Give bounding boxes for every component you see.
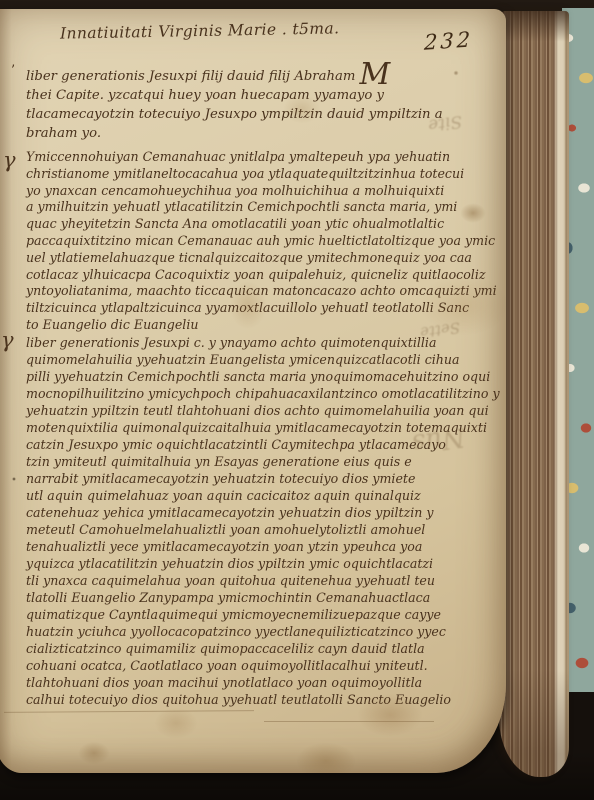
manuscript-text-line: narrabit ymitlacamecayotzin yehuatzin to… (26, 470, 496, 487)
paragraph-mark-icon: γ (3, 148, 23, 172)
faint-ruled-line (4, 710, 254, 713)
manuscript-text-line: cotlacaz ylhuicacpa Cacoquixtiz yoan qui… (26, 267, 496, 284)
manuscript-text-line: yehuatzin ypiltzin teutl tlahtohuani dio… (26, 402, 496, 419)
paragraph-incipit: liber generationis Jesuxpi filij dauid f… (26, 67, 496, 143)
manuscript-text-line: tenahualiztli yece ymitlacamecayotzin yo… (26, 538, 496, 555)
manuscript-text-line: tli ynaxca caquimelahua yoan quitohua qu… (26, 572, 496, 589)
manuscript-text-line: cializticatzinco quimamiliz quimopaccace… (26, 640, 496, 657)
manuscript-text-line: uel ytlatiemelahuazque ticnalquizcaitozq… (26, 250, 496, 267)
manuscript-text-line: christianome ymitlaneltocacahua yoa ytla… (26, 166, 496, 183)
manuscript-page: Innatiuitati Virginis Marie . t5ma. 232 … (0, 9, 506, 773)
manuscript-text-line: calhui totecuiyo dios quitohua yyehuatl … (26, 691, 496, 708)
paragraph-mark-icon: γ (1, 328, 21, 352)
manuscript-text-line: yquizca ytlacatilitzin yehuatzin dios yp… (26, 555, 496, 572)
paragraph-lines: liber generationis Jesuxpi c. y ynayamo … (26, 334, 496, 708)
manuscript-text-line: cohuani ocatca, Caotlatlaco yoan oquimoy… (26, 657, 496, 674)
manuscript-text-line: yo ynaxcan cencamohueychihua yoa molhuic… (26, 183, 496, 200)
manuscript-text-line: mocnopilhuilitzino ymicychpoch chipahuac… (26, 385, 496, 402)
paragraph-gospel-commentary: liber generationis Jesuxpi c. y ynayamo … (26, 334, 496, 708)
manuscript-text-line: quimomelahuilia yyehuatzin Euangelista y… (26, 351, 496, 368)
paragraph-lines: thei Capite. yzcatqui huey yoan huecapam… (26, 86, 496, 143)
manuscript-text-line: pilli yyehuatzin Cemichpochtli sancta ma… (26, 368, 496, 385)
manuscript-text-line: paccaquixtitzino mican Cemanauac auh ymi… (26, 233, 496, 250)
book-photograph: Innatiuitati Virginis Marie . t5ma. 232 … (0, 0, 594, 800)
manuscript-text-line: quimatizque Cayntlaquimequi ymicmoyecnem… (26, 606, 496, 623)
paragraph-lines: Ymiccennohuiyan Cemanahuac ynitlalpa yma… (26, 149, 496, 334)
manuscript-text-line: utl aquin quimelahuaz yoan aquin cacicai… (26, 487, 496, 504)
manuscript-text-line: a ymilhuitzin yehuatl ytlacatilitzin Cem… (26, 199, 496, 216)
margin-tick-mark: ’ (11, 63, 15, 78)
manuscript-text-line: quac yheyitetzin Sancta Ana omotlacatili… (26, 216, 496, 233)
faint-ruled-line (264, 721, 434, 722)
manuscript-text-line: braham yo. (26, 124, 496, 143)
book-fore-edge-pages (499, 11, 569, 777)
manuscript-text-line: liber generationis Jesuxpi filij dauid f… (26, 67, 496, 86)
manuscript-text-line: catenehuaz yehica ymitlacamecayotzin yeh… (26, 504, 496, 521)
paragraph-nahuatl-exhortation: Ymiccennohuiyan Cemanahuac ynitlalpa yma… (26, 149, 496, 334)
manuscript-text-line: tiltzicuinca ytlapaltzicuinca yyamoxtlac… (26, 300, 496, 317)
manuscript-text-line: huatzin yciuhca yyollocacopatzinco yyect… (26, 623, 496, 640)
manuscript-text-line: tlacamecayotzin totecuiyo Jesuxpo ympilt… (26, 105, 496, 124)
incipit-text: liber generationis Jesuxpi filij dauid f… (26, 69, 360, 84)
manuscript-text-line: tlahtohuani dios yoan macihui ynotlatlac… (26, 674, 496, 691)
manuscript-text-line: yntoyoliatanima, maachto ticcaquican mat… (26, 283, 496, 300)
manuscript-text-line: meteutl Camohuelmelahualiztli yoan amohu… (26, 521, 496, 538)
folio-number: 232 (424, 27, 474, 55)
manuscript-text-line: thei Capite. yzcatqui huey yoan huecapam… (26, 86, 496, 105)
running-title: Innatiuitati Virginis Marie . t5ma. (60, 19, 340, 42)
manuscript-text-line: Ymiccennohuiyan Cemanahuac ynitlalpa yma… (26, 149, 496, 166)
manuscript-text-line: tlatolli Euangelio Zanypampa ymicmochint… (26, 589, 496, 606)
